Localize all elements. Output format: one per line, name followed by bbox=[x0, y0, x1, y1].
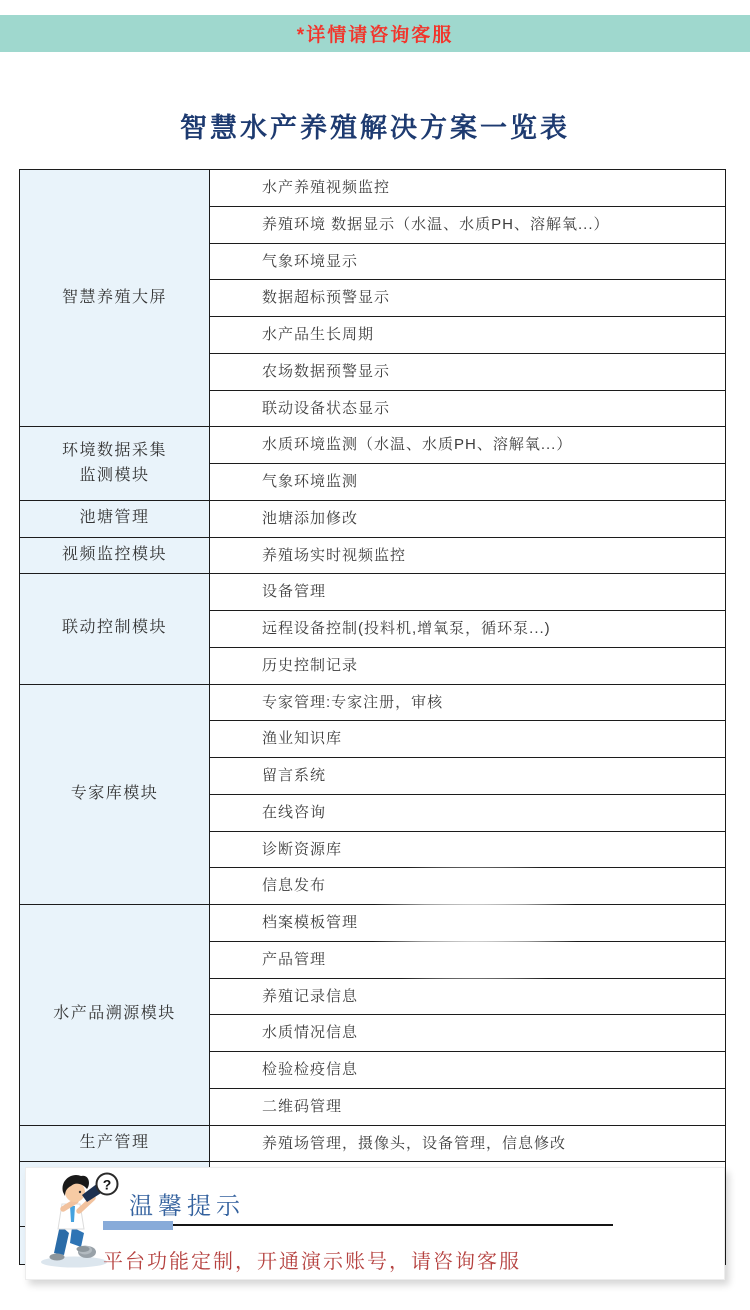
feature-item: 远程设备控制(投料机,增氧泵，循环泵...) bbox=[210, 611, 726, 648]
feature-item: 专家管理:专家注册，审核 bbox=[210, 684, 726, 721]
feature-item: 水质环境监测（水温、水质PH、溶解氧...） bbox=[210, 427, 726, 464]
feature-item: 在线咨询 bbox=[210, 794, 726, 831]
feature-item: 历史控制记录 bbox=[210, 647, 726, 684]
feature-item: 留言系统 bbox=[210, 758, 726, 795]
feature-item: 数据超标预警显示 bbox=[210, 280, 726, 317]
category-env-data-collection: 环境数据采集 监测模块 bbox=[20, 427, 210, 501]
feature-item: 产品管理 bbox=[210, 941, 726, 978]
category-linkage-control: 联动控制模块 bbox=[20, 574, 210, 684]
feature-item: 设备管理 bbox=[210, 574, 726, 611]
category-traceability: 水产品溯源模块 bbox=[20, 905, 210, 1126]
feature-item: 二维码管理 bbox=[210, 1088, 726, 1125]
feature-item: 气象环境显示 bbox=[210, 243, 726, 280]
tip-divider-accent bbox=[103, 1221, 173, 1230]
question-mark-icon: ? bbox=[103, 1177, 112, 1193]
feature-item: 农场数据预警显示 bbox=[210, 353, 726, 390]
page-title: 智慧水产养殖解决方案一览表 bbox=[0, 106, 750, 145]
feature-item: 水质情况信息 bbox=[210, 1015, 726, 1052]
feature-item: 气象环境监测 bbox=[210, 464, 726, 501]
category-expert-library: 专家库模块 bbox=[20, 684, 210, 905]
category-pond-management: 池塘管理 bbox=[20, 500, 210, 537]
feature-item: 养殖场管理，摄像头，设备管理，信息修改 bbox=[210, 1125, 726, 1162]
feature-item: 检验检疫信息 bbox=[210, 1052, 726, 1089]
category-smart-breeding-screen: 智慧养殖大屏 bbox=[20, 170, 210, 427]
feature-item: 诊断资源库 bbox=[210, 831, 726, 868]
feature-item: 水产养殖视频监控 bbox=[210, 170, 726, 207]
tip-title: 温馨提示 bbox=[129, 1186, 245, 1221]
tip-text: 平台功能定制，开通演示账号，请咨询客服 bbox=[103, 1245, 521, 1274]
feature-item: 渔业知识库 bbox=[210, 721, 726, 758]
feature-item: 养殖场实时视频监控 bbox=[210, 537, 726, 574]
banner-text: *详情请咨询客服 bbox=[297, 20, 453, 47]
feature-item: 养殖环境 数据显示（水温、水质PH、溶解氧...） bbox=[210, 206, 726, 243]
feature-item: 水产品生长周期 bbox=[210, 317, 726, 354]
feature-item: 信息发布 bbox=[210, 868, 726, 905]
feature-item: 档案模板管理 bbox=[210, 905, 726, 942]
category-video-monitoring: 视频监控模块 bbox=[20, 537, 210, 574]
category-production-management: 生产管理 bbox=[20, 1125, 210, 1162]
feature-item: 池塘添加修改 bbox=[210, 500, 726, 537]
tip-divider-line bbox=[173, 1224, 613, 1226]
warm-tip-card: ? 温馨提示 平台功能定制，开通演示账号，请咨询客服 bbox=[25, 1167, 725, 1280]
feature-item: 养殖记录信息 bbox=[210, 978, 726, 1015]
consult-service-banner: *详情请咨询客服 bbox=[0, 15, 750, 52]
feature-item: 联动设备状态显示 bbox=[210, 390, 726, 427]
solution-overview-table: 智慧养殖大屏 水产养殖视频监控 养殖环境 数据显示（水温、水质PH、溶解氧...… bbox=[19, 169, 726, 1265]
